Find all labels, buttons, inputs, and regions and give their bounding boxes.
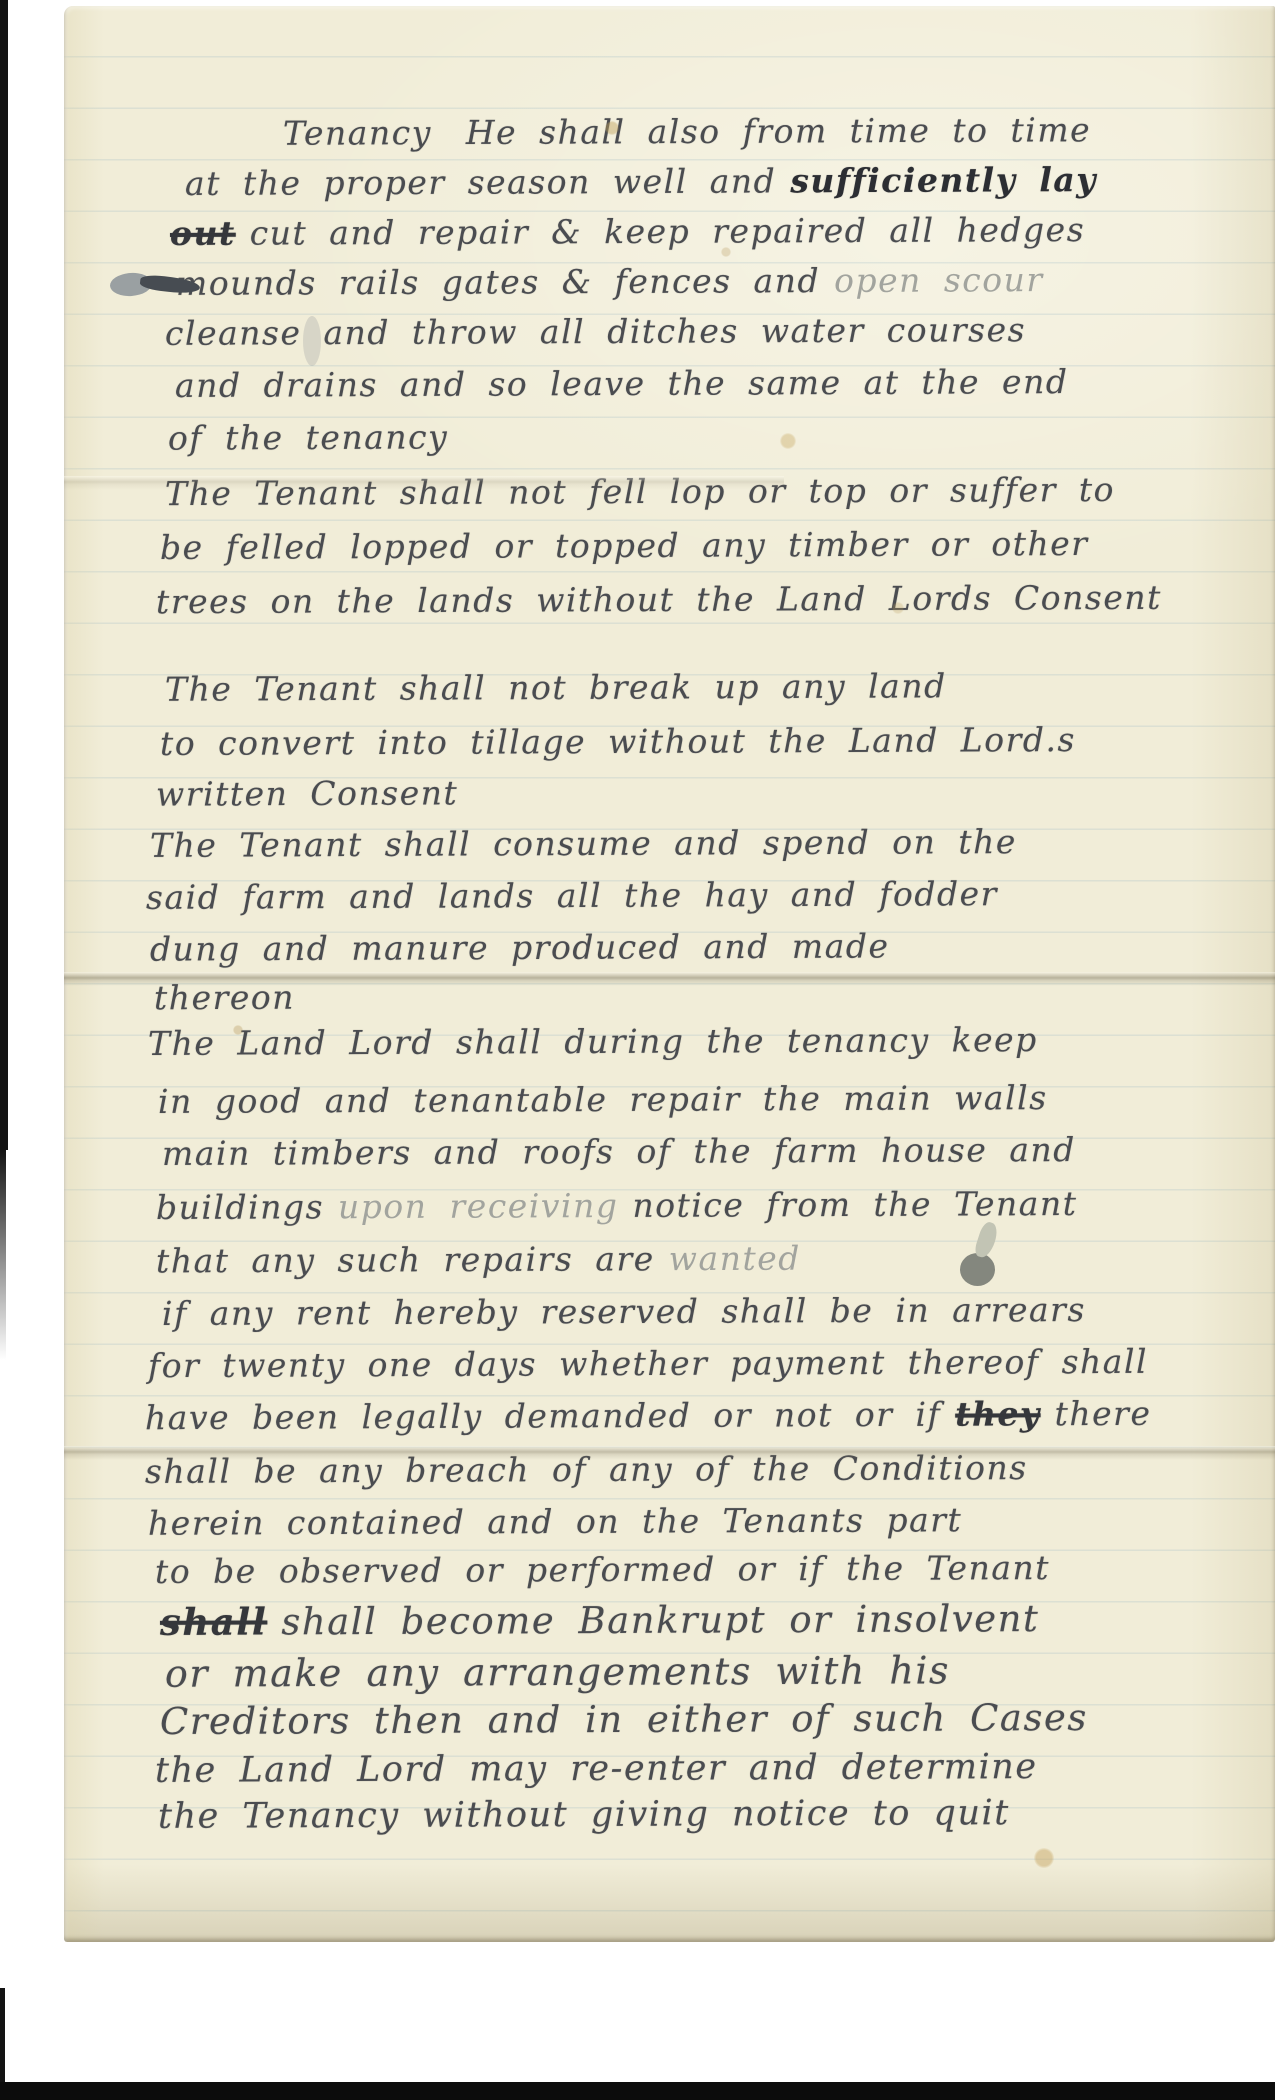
scan-root: TenancyHe shall also from time to timeat… [0,0,1275,2100]
manuscript-line: Creditors then and in either of such Cas… [160,1696,1088,1744]
manuscript-line: be felled lopped or topped any timber or… [160,524,1089,568]
hand-text: shall be any breach of any of the Condit… [145,1448,1028,1491]
hand-text: cut and repair & keep repaired all hedge… [250,210,1085,253]
hand-text: the Tenancy without giving notice to qui… [158,1792,1010,1838]
hand-text: the Land Lord may re-enter and determine [155,1746,1038,1792]
hand-text: sufficiently lay [790,160,1097,201]
manuscript-line: to be observed or performed or if the Te… [155,1548,1050,1591]
hand-text: buildings [156,1187,324,1227]
hand-text: thereon [154,978,295,1018]
hand-text: cleanse and throw all ditches water cour… [165,310,1026,353]
manuscript-line: of the tenancy [168,417,448,458]
hand-text: be felled lopped or topped any timber or… [160,524,1089,568]
hand-text: written Consent [156,773,458,814]
struck-word: shall [160,1599,268,1644]
hand-text: that any such repairs are [156,1239,655,1281]
hand-text: said farm and lands all the hay and fodd… [146,874,998,917]
manuscript-line: to convert into tillage without the Land… [160,720,1076,764]
manuscript-line: if any rent hereby reserved shall be in … [162,1290,1086,1334]
hand-text: He shall also from time to time [466,110,1091,152]
manuscript-line: buildingsupon receivingnotice from the T… [156,1184,1078,1228]
manuscript-line: The Land Lord shall during the tenancy k… [148,1020,1038,1063]
hand-text: The Land Lord shall during the tenancy k… [148,1020,1038,1063]
manuscript-line: or make any arrangements with his [165,1648,950,1697]
manuscript-line: the Land Lord may re-enter and determine [155,1746,1038,1792]
scanner-edge-left-fade [0,1150,6,1360]
hand-text: upon receiving [338,1186,619,1227]
hand-text: notice from the Tenant [632,1184,1077,1226]
manuscript-line: mounds rails gates & fences andopen scou… [176,260,1044,303]
hand-text: dung and manure produced and made [150,926,890,969]
manuscript-line: thereon [154,978,295,1018]
manuscript-line: for twenty one days whether payment ther… [148,1342,1148,1386]
hand-text: have been legally demanded or not or if [145,1395,941,1438]
manuscript-line: herein contained and on the Tenants part [148,1500,962,1543]
manuscript-line: said farm and lands all the hay and fodd… [146,874,998,917]
hand-text: herein contained and on the Tenants part [148,1500,962,1543]
hand-text: The Tenant shall not break up any land [165,666,947,709]
manuscript-line: The Tenant shall consume and spend on th… [150,822,1017,865]
hand-text: open scour [834,260,1044,301]
struck-word: they [955,1394,1041,1434]
hand-text: for twenty one days whether payment ther… [148,1342,1148,1386]
hand-text: wanted [669,1239,801,1279]
hand-text: at the proper season well and [185,161,776,203]
manuscript-line: The Tenant shall not fell lop or top or … [165,470,1115,514]
manuscript-line: at the proper season well andsufficientl… [185,160,1097,204]
manuscript-line: that any such repairs arewanted [156,1239,801,1281]
manuscript-line: The Tenant shall not break up any land [165,666,947,709]
hand-text: The Tenant shall consume and spend on th… [150,822,1017,865]
manuscript-line: dung and manure produced and made [150,926,890,969]
struck-word: out [170,214,236,254]
hand-text: Tenancy [283,113,432,153]
manuscript-line: the Tenancy without giving notice to qui… [158,1792,1010,1838]
hand-text: of the tenancy [168,417,448,458]
hand-text: to be observed or performed or if the Te… [155,1548,1050,1591]
manuscript-line: shallshall become Bankrupt or insolvent [160,1596,1039,1645]
hand-text: there [1055,1394,1152,1434]
scanner-edge-bottom [0,2082,1275,2100]
manuscript-line: TenancyHe shall also from time to time [283,110,1091,153]
manuscript-line: trees on the lands without the Land Lord… [156,578,1162,622]
hand-text: if any rent hereby reserved shall be in … [162,1290,1086,1334]
hand-text: or make any arrangements with his [165,1648,950,1697]
hand-text: and drains and so leave the same at the … [175,362,1069,405]
manuscript-line: shall be any breach of any of the Condit… [145,1448,1028,1491]
hand-text: The Tenant shall not fell lop or top or … [165,470,1115,514]
manuscript-line: have been legally demanded or not or ift… [145,1394,1152,1438]
hand-text: Creditors then and in either of such Cas… [160,1696,1088,1744]
hand-text: shall become Bankrupt or insolvent [281,1597,1039,1645]
manuscript-line: in good and tenantable repair the main w… [158,1078,1048,1121]
hand-text: trees on the lands without the Land Lord… [156,578,1162,622]
manuscript-line: cleanse and throw all ditches water cour… [165,310,1026,353]
hand-text: mounds rails gates & fences and [176,261,820,303]
manuscript-line: and drains and so leave the same at the … [175,362,1069,405]
hand-text: in good and tenantable repair the main w… [158,1078,1048,1121]
manuscript-line: main timbers and roofs of the farm house… [162,1130,1076,1174]
manuscript-line: outcut and repair & keep repaired all he… [170,210,1085,254]
hand-text: main timbers and roofs of the farm house… [162,1130,1076,1174]
scanner-edge-left [0,0,8,1150]
hand-text: to convert into tillage without the Land… [160,720,1076,764]
manuscript-line: written Consent [156,773,458,814]
